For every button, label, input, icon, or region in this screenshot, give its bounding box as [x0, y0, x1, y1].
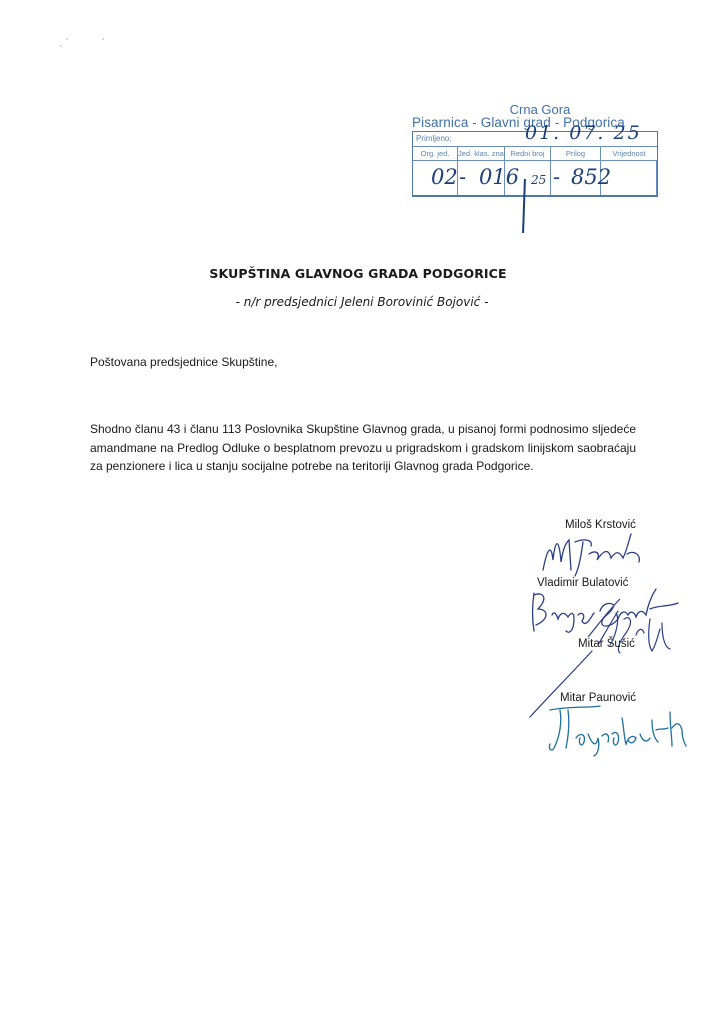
attention-line: - n/r predsjednici Jeleni Borovinić Bojo…	[0, 295, 724, 309]
addressee-heading: SKUPŠTINA GLAVNOG GRADA PODGORICE	[0, 266, 724, 281]
stamp-org-unit-value: 02	[431, 165, 458, 189]
stamp-values-row: 02 - 016 25 - 852	[413, 161, 657, 195]
stamp-dash: -	[459, 165, 466, 189]
body-paragraph: Shodno članu 43 i članu 113 Poslovnika S…	[90, 420, 636, 476]
stamp-pen-stroke	[522, 179, 526, 233]
stamp-class-code-value: 016	[479, 165, 519, 189]
stamp-received-label: Primljeno:	[416, 134, 452, 143]
stamp-col-org-unit: Org. jed.	[413, 147, 458, 160]
stamp-col-serial: Redni broj	[505, 147, 551, 160]
scan-speck	[66, 38, 68, 40]
stamp-year-value: 25	[531, 173, 546, 187]
stamp-number-value: 852	[571, 165, 611, 189]
registry-stamp: Crna Gora Pisarnica - Glavni grad - Podg…	[412, 103, 658, 197]
stamp-received-row: Primljeno: 01. 07. 25	[413, 132, 657, 147]
signature-paunovic	[540, 698, 690, 758]
salutation: Poštovana predsjednice Skupštine,	[90, 355, 636, 369]
stamp-received-date: 01. 07. 25	[525, 126, 642, 140]
stamp-table: Primljeno: 01. 07. 25 Org. jed. Jed. kla…	[412, 131, 658, 197]
stamp-column-headers: Org. jed. Jed. klas. znak Redni broj Pri…	[413, 147, 657, 161]
scan-speck	[102, 38, 104, 40]
signature-krstovic	[535, 530, 665, 580]
stamp-col-attachment: Prilog	[551, 147, 601, 160]
scan-speck	[60, 45, 62, 47]
stamp-dash: -	[553, 165, 560, 189]
stamp-col-class-code: Jed. klas. znak	[458, 147, 505, 160]
stamp-col-value: Vrijednost	[601, 147, 657, 160]
